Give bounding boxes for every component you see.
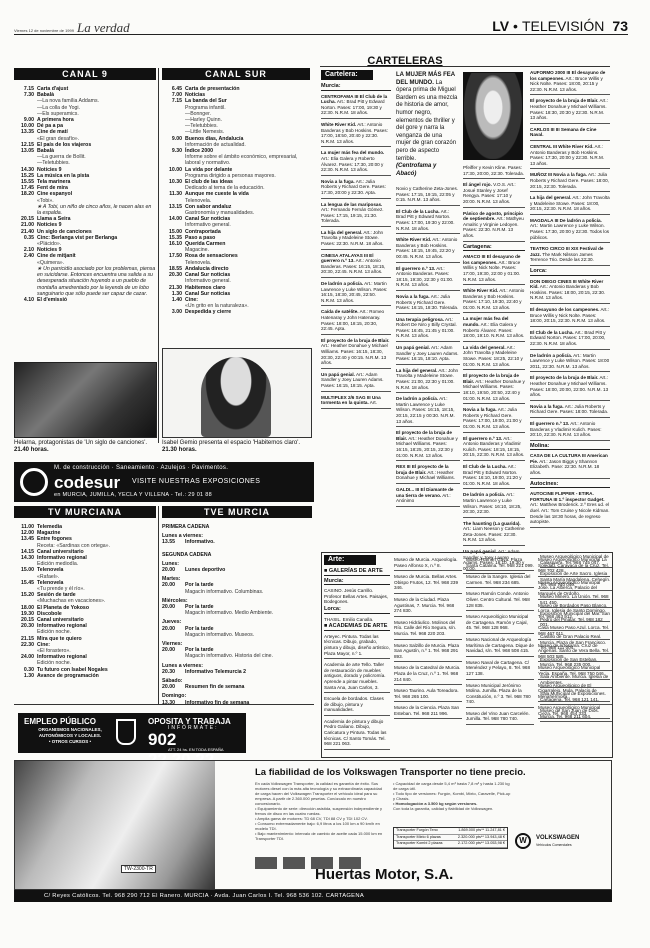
film-title: El Club de la Lucha. xyxy=(463,464,507,469)
film-listing: La hija del general. Art.: John Travolta… xyxy=(396,368,460,393)
award-badge-icon xyxy=(255,857,277,869)
galeria-casino: CASINO. Jesús Carrillo. Profesor Bellas … xyxy=(324,588,390,605)
canalsur-title: CANAL SUR xyxy=(162,68,310,80)
price-row: Transporter Kombi 2 plazas2.172.000 pts*… xyxy=(394,841,507,848)
film-title: La mujer más fea del mundo. xyxy=(321,150,384,155)
museo-listing: Museo de San Juan de Dios. Murcia. Tel. … xyxy=(540,708,612,722)
vw-price-table: Transporter Furgón Teno1.869.000 pts** 1… xyxy=(393,827,508,849)
film-title: AUTOCINE FLIPPER - ETIRA. FORTUNA III 1.… xyxy=(530,491,605,502)
vw-bullet-4: • Bajo mantenimiento: intervalo de cambi… xyxy=(255,831,387,841)
film-listing: La mujer más fea del mundo. Art.: Elia G… xyxy=(463,316,525,341)
film-title: El guerrero n.º 13. xyxy=(396,266,435,271)
program-time: 18.20 xyxy=(14,191,34,197)
film-title: Una terapia peligrosa. xyxy=(396,317,444,322)
film-title: El proyecto de la bruja de Blair. xyxy=(530,98,598,103)
slot-name: Lunes deportivo xyxy=(185,567,225,573)
city-section-label: Molina: xyxy=(530,444,610,451)
museo-listing: Museo Municipal Jerónimo Molina. Jumilla… xyxy=(466,683,534,708)
program-note: ★ A Tobi, un niño de cinco años, le nace… xyxy=(14,204,156,216)
program-time: 11.30 xyxy=(162,191,182,197)
canal9-title: CANAL 9 xyxy=(14,68,156,80)
program-time: 24.00 xyxy=(14,654,34,660)
tve-slot: Viernes:20.00Por la tardeMagacín informa… xyxy=(162,641,312,660)
arte-column-1: Arte: ■ GALERÍAS DE ARTE Murcia: CASINO.… xyxy=(324,555,390,753)
program-time: 9.30 xyxy=(162,148,182,154)
vw-right-1: • Capacidad de carga desde 5,4 m³ hasta … xyxy=(393,781,511,791)
vw-logo-icon: W xyxy=(515,833,531,849)
film-listing: El Club de la Lucha. Art.: Brad Pitt y E… xyxy=(463,464,525,489)
tve-slot: Lunes:20.00Lunes deportivo xyxy=(162,561,312,573)
museo-listing: Museo Ramón Gaya. Plaza Santa Catalina. … xyxy=(466,557,534,571)
film-listing: Caída de satélite. Art.: Romeo Hatenaray… xyxy=(321,309,391,334)
helarna-photo xyxy=(14,362,157,438)
academia-listing: Academia de pintura y dibujo Pedro Galia… xyxy=(324,719,390,750)
film-title: White River Kid. xyxy=(396,237,431,242)
featured-film-title: LA MUJER MÁS FEA DEL MUNDO. xyxy=(396,72,455,86)
galeria-thasil: THASIL. Emilio Canalla. xyxy=(324,617,390,623)
film-listing: AUTOCINE FLIPPER - ETIRA. FORTUNA III 1.… xyxy=(530,491,610,528)
program-time: 20.30 xyxy=(14,623,34,629)
arte-lorca-label: Lorca: xyxy=(324,607,390,614)
empleo-note: ATT. 24 hs. EN TODA ESPAÑA xyxy=(168,747,224,752)
shield-icon xyxy=(116,719,136,745)
slot-name: Informativo Telemurcia 2 xyxy=(185,669,246,675)
film-listing: Novia a la fuga. Art.: Julia Roberts y R… xyxy=(321,179,391,199)
film-listing: El guerrero n.º 13. Art.: Antonio Bander… xyxy=(396,266,460,291)
film-listing: La mujer más fea del mundo. Art.: Elia G… xyxy=(321,150,391,175)
museo-listing: Sala Ambiente. Murcia. Iglesia de Ambien… xyxy=(540,674,612,688)
segunda-cadena-list: Lunes:20.00Lunes deportivoMartes:20.00Po… xyxy=(162,561,312,706)
empleo-title: EMPLEO PÚBLICO xyxy=(24,717,96,726)
bullet-icon: • xyxy=(513,18,518,34)
program-name: La vida por delante xyxy=(185,167,232,173)
film-title: La hija del general. xyxy=(321,230,362,235)
arte-column-5: Museo Arqueológico Municipal de Calaspar… xyxy=(540,554,612,725)
program-time: 15.00 xyxy=(14,567,34,573)
film-details: Art.: Elia Galera y Roberto Álvarez. Pas… xyxy=(321,156,383,172)
tvmurciana-column: TV MURCIANA 11.00Telemedia12.00Magazine1… xyxy=(14,506,156,679)
issue-date: Viernes 12 de noviembre de 1999 xyxy=(14,28,74,33)
cartelera-column-4: AUFORMO 2000 III El desayuno de los camp… xyxy=(530,70,610,531)
film-title: La hija del general. xyxy=(396,368,437,373)
canalsur-program-list: 6.45Carta de presentación7.00Noticias7.1… xyxy=(162,86,310,316)
film-listing: De ladrón a policía. Art.: Martin Lawren… xyxy=(396,396,460,427)
vw-right-2: • Todo tipo de versiones: Furgón, Kombi,… xyxy=(393,791,511,801)
film-listing: CENTROFAMA III El Club de la Lucha. Art.… xyxy=(321,94,391,119)
section-prefix: LV xyxy=(492,18,509,34)
program-time: 22.30 xyxy=(14,642,34,648)
program-time: 15.20 xyxy=(14,592,34,598)
program-name: Rosa de sensaciones xyxy=(185,253,238,259)
film-listing: The haunting (La guarida). Art.: Liam Ne… xyxy=(463,521,525,546)
museo-listing: Museo de la Sangre. Iglesia del Carmen. … xyxy=(466,574,534,588)
section-name: TELEVISIÓN xyxy=(522,18,604,34)
slot-time: 20.00 xyxy=(162,582,182,588)
featured-film-text: La ópera prima de Miguel Bardem es una m… xyxy=(396,80,457,162)
codesur-locations: en MURCIA, JUMILLA, YECLA Y VILLENA - Te… xyxy=(54,492,212,498)
program-row: 3.00Despedida y cierre xyxy=(162,309,310,315)
slot-desc: Magacín informativo. Museos. xyxy=(162,632,312,638)
program-time: 16.10 xyxy=(162,241,182,247)
slot-name: Informativo. xyxy=(185,539,215,545)
film-title: Novia a la fuga. xyxy=(530,404,564,409)
program-time: 17.50 xyxy=(162,253,182,259)
film-details: Art.: Antonio Banderas y Bob Hoskins. Pa… xyxy=(530,284,605,300)
program-row: 4.10El d'emissió xyxy=(14,297,156,303)
tve-slot: Miércoles:20.00Por la tardeMagacín infor… xyxy=(162,598,312,617)
featured-film-venue: (Centrofama y Abacó) xyxy=(396,163,458,178)
isabel-gemio-photo-frame xyxy=(162,348,312,438)
museo-listing: Museo de Murcia. Arqueología. Paseo Alfo… xyxy=(394,557,462,571)
program-time: 1.40 xyxy=(162,297,182,303)
museo-listing: Museo Hidráulico. Molinos del Río. Calle… xyxy=(394,620,462,640)
codesur-logo-icon xyxy=(20,468,48,496)
slot-time: 20.00 xyxy=(162,567,182,573)
film-title: MUÑOZ III Novia a la fuga. xyxy=(530,172,587,177)
program-time: 14.30 xyxy=(14,555,34,561)
film-listing: Novio y Catherine Zeta-Jones. Pases: 17:… xyxy=(396,186,460,206)
film-title: The haunting (La guarida). xyxy=(463,521,521,526)
film-title: El guerrero n.º 13. xyxy=(463,436,502,441)
tvemurcia-column: TVE MURCIA PRIMERA CADENA Lunes a vierne… xyxy=(162,506,312,709)
price-model: Transporter Kombi 2 plazas xyxy=(396,841,443,847)
codesur-advertisement[interactable]: M. de construcción · Saneamiento · Azule… xyxy=(14,462,314,502)
film-title: El proyecto de la bruja de Blair. xyxy=(530,375,598,380)
price-value: 2.172.000 pts** 13.053,98 € xyxy=(458,841,505,847)
film-details: Art.: Jason Biggs y Shannon Elizabeth. P… xyxy=(530,459,599,475)
canal9-column: CANAL 9 7.15Carta d'ajust7.30Babalà—La n… xyxy=(14,68,156,303)
arte-murcia-label: Murcia: xyxy=(324,579,390,586)
program-time: 10.00 xyxy=(162,167,182,173)
license-plate: TW-2300-TR xyxy=(121,865,156,873)
film-title: Novia a la fuga. xyxy=(396,294,430,299)
tve-slot: Lunes a viernes:13.55Informativo. xyxy=(162,533,312,545)
film-details: Art.: Martin Lawrence y Luke Wilson. Pas… xyxy=(530,223,609,239)
film-listing: White River Kid. Art.: Antonio Banderas … xyxy=(396,237,460,262)
film-listing: Novia a la fuga. Art.: Julia Roberts y R… xyxy=(463,407,525,432)
museo-listing: Museo de Murcia. Bellas Artes. Obispo Fr… xyxy=(394,574,462,594)
city-section-label: Cartagena: xyxy=(463,245,525,252)
program-name: Cine de matí xyxy=(37,129,68,135)
film-listing: El proyecto de la bruja de Blair. Art.: … xyxy=(530,375,610,400)
program-name: Aunque me cueste la vida xyxy=(185,191,249,197)
film-title: De ladrón a policía. xyxy=(321,281,363,286)
slot-desc: Magacín informativo. Columbinas. xyxy=(162,589,312,595)
cartelera-list-4: AUFORMO 2000 III El desayuno de los camp… xyxy=(530,70,610,528)
empleo-publico-advertisement[interactable]: EMPLEO PÚBLICO ORGANISMOS NACIONALES, AU… xyxy=(18,713,246,753)
program-name: Avance de programación xyxy=(37,673,99,679)
slot-time: 20.00 xyxy=(162,626,182,632)
film-listing: La hija del general. Art.: John Travolta… xyxy=(321,230,391,250)
academia-listing: Academia de arte Tello. Taller de restau… xyxy=(324,662,390,693)
film-listing: La hija del general. Art.: John Travolta… xyxy=(530,195,610,215)
film-title: El Club de la Lucha. xyxy=(530,330,574,335)
museo-listing: Museo Salzillo de Murcia. Plaza San Agus… xyxy=(394,643,462,663)
slot-desc: Magacín informativo. Medio Ambiente. xyxy=(162,610,312,616)
caption-text: Helarna, protagonistas de 'Un siglo de c… xyxy=(14,440,147,446)
program-name: Buenos días, Andalucía xyxy=(185,136,243,142)
empleo-subtitle: ORGANISMOS NACIONALES, AUTONÓMICOS Y LOC… xyxy=(28,727,112,745)
museo-listing: Museo Taurino. Aula Toreadora. Tel. 968 … xyxy=(394,688,462,702)
film-listing: La lengua de las mariposas. Art.: Fernan… xyxy=(321,202,391,227)
film-listing: De ladrón a policía. Art.: Martin Lawren… xyxy=(530,353,610,373)
museos-list-4: Museo Arqueológico Municipal de Calaspar… xyxy=(540,554,612,722)
segunda-cadena-label: SEGUNDA CADENA xyxy=(162,552,312,558)
program-note: ★ Un parricidio asociado por los problem… xyxy=(14,266,156,297)
academias-list: Arteyec. Pintura. Todas las técnicas. Di… xyxy=(324,634,390,750)
film-listing: Un papá genial. Art.: Adam Sandler y Joe… xyxy=(321,372,391,392)
museo-listing: Sala Municipal de Exposiciones. Cartagen… xyxy=(540,691,612,705)
slot-name: Por la tarde xyxy=(185,626,214,632)
city-section-label: Autocines: xyxy=(530,482,610,489)
film-listing: MULTIPLEX 2/6 SAG III Una tormenta en la… xyxy=(321,395,391,409)
slot-time: 20.00 xyxy=(162,647,182,653)
slot-time: 20.30 xyxy=(162,669,182,675)
tvmurciana-title: TV MURCIANA xyxy=(14,506,156,518)
dealer-name: Huertas Motor, S.A. xyxy=(315,866,453,883)
cartelera-label: Cartelera: xyxy=(321,70,373,80)
museo-listing: Exposición de Arte Sacro. Iglesia Santa … xyxy=(540,571,612,591)
volkswagen-advertisement[interactable]: TW-2300-TR La fiabilidad de los Volkswag… xyxy=(14,760,612,890)
film-listing: El guerrero n.º 13. Art.: Antonio Bander… xyxy=(530,421,610,441)
film-listing: De ladrón a policía. Art.: Martin Lawren… xyxy=(463,492,525,517)
cartelera-column-1: Cartelera: Murcia: CENTROFAMA III El Clu… xyxy=(321,70,391,412)
film-listing: CASA DE LA CULTURA III American Pie. Art… xyxy=(530,453,610,478)
award-badge-icon xyxy=(283,857,305,869)
film-listing: De ladrón a policía. Art.: Martin Lawren… xyxy=(321,281,391,306)
program-time: 3.00 xyxy=(162,309,182,315)
museo-listing: Museo de la Catedral de Murcia. Plaza de… xyxy=(394,665,462,685)
dealer-address-bar: C/ Reyes Católicos. Tel. 968 290 712 El … xyxy=(14,890,612,902)
section-divider xyxy=(14,704,314,705)
actress-photo xyxy=(463,72,523,160)
vw-brand-sub: Vehículos Comerciales xyxy=(536,843,572,847)
caption-time: 21.40 horas. xyxy=(14,447,49,453)
program-time: 20.30 xyxy=(162,272,182,278)
slot-time: 13.55 xyxy=(162,539,182,545)
film-title: Un papá genial. xyxy=(321,372,355,377)
academia-listing: Escuela de bordados. Clases de dibujo, p… xyxy=(324,696,390,716)
city-murcia-label: Murcia: xyxy=(321,84,391,91)
vw-body: En cada Volkswagen Transporter, la calid… xyxy=(255,781,387,806)
program-time: 13.15 xyxy=(162,204,182,210)
program-time: 7.30 xyxy=(14,92,34,98)
vw-right-4: Con toda la garantía, calidad y fiabilid… xyxy=(393,806,511,811)
cartelera-list-1: CENTROFAMA III El Club de la Lucha. Art.… xyxy=(321,94,391,409)
film-details: Art. xyxy=(370,400,377,405)
caption-text: Isabel Gemio presenta el espacio 'Habite… xyxy=(162,440,300,446)
tve-slot: Martes:20.00Por la tardeMagacín informat… xyxy=(162,576,312,595)
program-name: Despedida y cierre xyxy=(185,309,231,315)
museo-listing: Museo Ramón Conde. Antonio Oliver. Centr… xyxy=(466,591,534,611)
vw-body-left: En cada Volkswagen Transporter, la calid… xyxy=(255,781,387,841)
film-listing: Pfeiffer y Kevin Kline. Pases: 17:30, 20… xyxy=(463,165,525,179)
film-listing: CENTRAL III White River Kid. Art.: Anton… xyxy=(530,144,610,169)
film-listing: White River Kid. Art.: Antonio Banderas … xyxy=(463,288,525,313)
museo-listing: Museo Nacional de Arqueología Marítima d… xyxy=(466,637,534,657)
slot-desc: Magacín informativo. Historia del cine. xyxy=(162,653,312,659)
film-title: Caída de satélite. xyxy=(321,309,359,314)
film-title: White River Kid. xyxy=(463,288,498,293)
tvmurciana-program-list: 11.00Telemedia12.00Magazine13.45Entre fo… xyxy=(14,524,156,679)
program-time: 9.00 xyxy=(162,136,182,142)
film-title: El guerrero n.º 13. xyxy=(530,421,569,426)
film-title: Un papá genial. xyxy=(396,345,430,350)
program-name: Entre fogones xyxy=(37,536,72,542)
price-value: 1.869.000 pts** 11.247,81 € xyxy=(458,828,505,834)
program-name: El d'emissió xyxy=(37,297,67,303)
film-title: Novia a la fuga. xyxy=(463,407,497,412)
film-listing: Una terapia peligrosa. Art.: Robert De N… xyxy=(396,317,460,342)
film-listing: AMACO III El desayuno de los campeones. … xyxy=(463,254,525,285)
cartelera-column-2: Novio y Catherine Zeta-Jones. Pases: 17:… xyxy=(396,186,460,510)
film-listing: White River Kid. Art.: Antonio Banderas … xyxy=(321,122,391,147)
film-listing: AUFORMO 2000 III El desayuno de los camp… xyxy=(530,70,610,95)
vw-bullet-3: • Consumo extremadamente bajo: 6,9 litro… xyxy=(255,821,387,831)
film-title: El proyecto de la bruja de Blair. xyxy=(321,338,389,343)
price-model: Transporter Mixto 6 plazas xyxy=(396,835,441,841)
museo-listing: Exposición Municipal del Mar. San Pedro … xyxy=(540,611,612,631)
film-title: El ángel rojo. xyxy=(463,182,492,187)
tve-slot: Lunes a viernes:20.30Informativo Telemur… xyxy=(162,663,312,675)
film-listing: GALDI... III El Diamante de una tierra d… xyxy=(396,487,460,507)
film-listing: El desayuno de los campeones. Art.: Bruc… xyxy=(530,307,610,327)
price-value: 2.320.000 pts** 13.943,48 € xyxy=(458,835,505,841)
tvemurcia-title: TVE MURCIA xyxy=(162,506,312,518)
film-listing: La vida del general. Art.: John Travolta… xyxy=(463,345,525,370)
museos-list-1: Museo de Murcia. Arqueología. Paseo Alfo… xyxy=(394,557,462,719)
caption-time: 21.30 horas. xyxy=(162,447,197,453)
museo-listing: Museo del Vino Juan Carcelén. Jumilla. T… xyxy=(466,711,534,725)
film-listing: Novia a la fuga. Art.: Julia Roberts y R… xyxy=(530,404,610,418)
film-title: De ladrón a policía. xyxy=(463,492,505,497)
page-number: 73 xyxy=(612,18,628,34)
header-divider xyxy=(14,34,628,35)
film-listing: El proyecto de la bruja de Blair. Art.: … xyxy=(530,98,610,123)
film-title: Novia a la fuga. xyxy=(321,179,355,184)
program-time: 13.35 xyxy=(14,129,34,135)
film-title: La vida del general. xyxy=(463,345,506,350)
museo-listing: Museo de la Ciudad. Plaza Agustinas, 7. … xyxy=(394,597,462,617)
program-time: 4.10 xyxy=(14,297,34,303)
canal9-photo-caption: Helarna, protagonistas de 'Un siglo de c… xyxy=(14,440,157,454)
program-name: Cine espanyol xyxy=(37,191,72,197)
film-title: CARLOS III III Semana de Cine Naval. xyxy=(530,127,596,138)
film-listing: Pánico de agosto, principio de septiembr… xyxy=(463,211,525,242)
museo-listing: Museo Naval de Cartagena. C/ Menéndez y … xyxy=(466,660,534,680)
program-name: La banda del Sur xyxy=(185,98,227,104)
primera-cadena-label: PRIMERA CADENA xyxy=(162,524,312,530)
city-section-label: Lorca: xyxy=(530,269,610,276)
museo-listing: Museo Arqueológico Municipal de Cartagen… xyxy=(466,614,534,634)
film-listing: El Club de la Lucha. Art.: Brad Pitt y E… xyxy=(396,209,460,234)
program-time: 15.45 xyxy=(14,580,34,586)
slot-name: Resumen fin de semana xyxy=(185,684,244,690)
arte-column-3: Museo Ramón Gaya. Plaza Santa Catalina. … xyxy=(466,557,534,728)
film-details: Art.: Liam Neeson y Catherine Zeta-Jones… xyxy=(463,526,525,542)
museo-listing: Museo Minero. La Unión. Tel. 968 541 450… xyxy=(540,594,612,608)
column-divider xyxy=(158,506,159,704)
film-title: La hija del general. xyxy=(530,195,571,200)
film-title: De ladrón a policía. xyxy=(530,353,572,358)
film-listing: Un papá genial. Art.: Adam Sandler y Joe… xyxy=(396,345,460,365)
vw-body-right: • Capacidad de carga desde 5,4 m³ hasta … xyxy=(393,781,511,811)
van-photo xyxy=(15,761,215,889)
canalsur-photo-caption: Isabel Gemio presenta el espacio 'Habite… xyxy=(162,440,312,454)
museo-listing: Museo de la Ciencia. Plaza San Esteban. … xyxy=(394,705,462,719)
featured-film: LA MUJER MÁS FEA DEL MUNDO. La ópera pri… xyxy=(396,72,458,178)
program-time: 13.45 xyxy=(14,536,34,542)
tve-slot: Sábado:20.00Resumen fin de semana xyxy=(162,678,312,690)
slot-time: 20.00 xyxy=(162,684,182,690)
film-title: El desayuno de los campeones. xyxy=(530,307,599,312)
column-divider xyxy=(158,68,159,443)
film-details: Art.: Heather Donahue y Michael Williams… xyxy=(321,343,388,365)
film-title: MAGDALA III De ladrón a policía. xyxy=(530,218,602,223)
program-row: 1.30Avance de programación xyxy=(14,673,156,679)
isabel-gemio-photo xyxy=(201,357,271,437)
film-listing: El proyecto de la bruja de Blair. Art.: … xyxy=(396,430,460,461)
program-time: 7.15 xyxy=(162,98,182,104)
galerias-label-text: GALERÍAS DE ARTE xyxy=(329,568,383,574)
page-header-right: LV • TELEVISIÓN 73 xyxy=(492,18,628,34)
film-listing: El guerrero n.º 13. Art.: Antonio Bander… xyxy=(463,436,525,461)
primera-cadena-list: Lunes a viernes:13.55Informativo. xyxy=(162,533,312,545)
academia-listing: Arteyec. Pintura. Todas las técnicas. Di… xyxy=(324,634,390,659)
vw-brand-name: VOLKSWAGEN xyxy=(536,835,579,841)
cartelera-list-3: Pfeiffer y Kevin Kline. Pases: 17:30, 20… xyxy=(463,165,525,574)
program-time: 14.00 xyxy=(162,216,182,222)
film-details: Pfeiffer y Kevin Kline. Pases: 17:30, 20… xyxy=(463,165,524,176)
codesur-services: M. de construcción · Saneamiento · Azule… xyxy=(54,465,228,471)
program-time: 13.05 xyxy=(14,148,34,154)
canal9-program-list: 7.15Carta d'ajust7.30Babalà—La nova famí… xyxy=(14,86,156,303)
program-time: 2.40 xyxy=(14,253,34,259)
film-listing: El Club de la Lucha. Art.: Brad Pitt y E… xyxy=(530,330,610,350)
film-listing: El proyecto de la bruja de Blair. Art.: … xyxy=(321,338,391,369)
slot-name: Por la tarde xyxy=(185,582,214,588)
cartelera-column-3: Pfeiffer y Kevin Kline. Pases: 17:30, 20… xyxy=(463,165,525,577)
film-title: El Club de la Lucha. xyxy=(396,209,440,214)
museo-listing: Castillo de Gran Palacio Real. Murcia. P… xyxy=(540,634,612,654)
film-listing: Novia a la fuga. Art.: Julia Roberts y R… xyxy=(396,294,460,314)
film-title: La lengua de las mariposas. xyxy=(321,202,382,207)
canalsur-column: CANAL SUR 6.45Carta de presentación7.00N… xyxy=(162,68,310,316)
museos-list-2: Museo Ramón Gaya. Plaza Santa Catalina. … xyxy=(466,557,534,725)
museo-listing: Museo Arqueológico Municipal de Calaspar… xyxy=(540,554,612,568)
film-title: De ladrón a policía. xyxy=(396,396,438,401)
galerias-label: ■ GALERÍAS DE ARTE xyxy=(324,569,390,576)
codesur-brand: codesur xyxy=(54,473,120,493)
program-time: 0.35 xyxy=(14,235,34,241)
film-listing: El proyecto de la bruja de Blair. Art.: … xyxy=(463,373,525,404)
film-details: Art.: Fernando Fernán Gómez. Pases: 17:1… xyxy=(321,207,384,223)
codesur-tagline: VISITE NUESTRAS EXPOSICIONES xyxy=(132,478,260,485)
cartelera-list-2: Novio y Catherine Zeta-Jones. Pases: 17:… xyxy=(396,186,460,507)
slot-time: 20.00 xyxy=(162,604,182,610)
museo-listing: Exposición de San Esteban. Murcia. Tel. … xyxy=(540,657,612,671)
film-details: Art.: Matthew Broderick. 2.º Eres ud. el… xyxy=(530,502,610,524)
film-listing: REX III El proyecto de la bruja de Blair… xyxy=(396,464,460,484)
program-name: Telenovela xyxy=(37,567,63,573)
film-title: White River Kid. xyxy=(321,122,356,127)
program-name: Cine de mitjanit xyxy=(37,253,76,259)
vw-headline: La fiabilidad de los Volkswagen Transpor… xyxy=(255,767,526,778)
film-details: Novio y Catherine Zeta-Jones. Pases: 17:… xyxy=(396,186,458,202)
program-time: 10.30 xyxy=(162,179,182,185)
film-title: CENTRAL III White River Kid. xyxy=(530,144,593,149)
price-model: Transporter Furgón Teno xyxy=(396,828,438,834)
